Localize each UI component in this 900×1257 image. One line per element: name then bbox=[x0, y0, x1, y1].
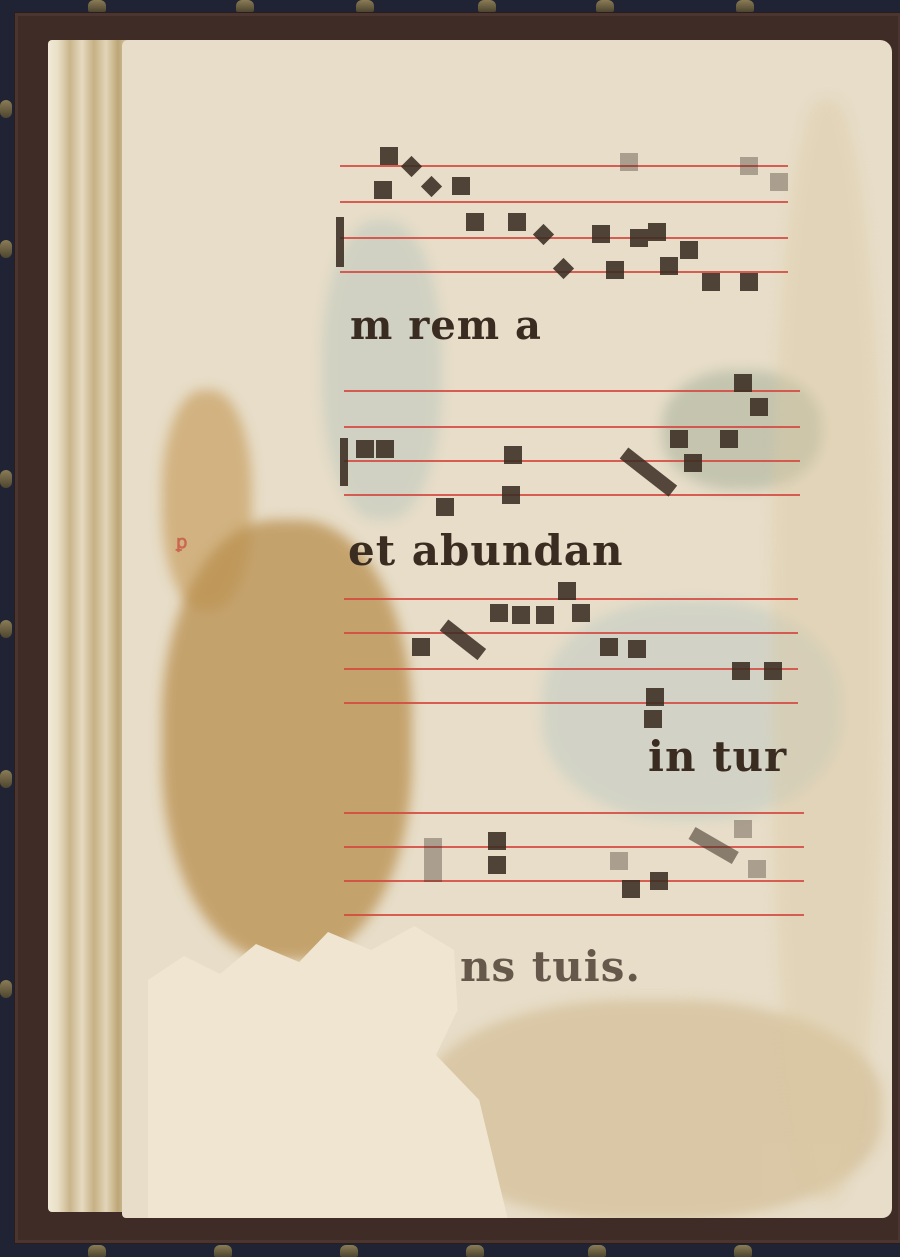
cradle-peg bbox=[214, 1245, 232, 1257]
note bbox=[622, 880, 640, 898]
note bbox=[553, 258, 574, 279]
cradle-peg bbox=[734, 1245, 752, 1257]
note bbox=[644, 710, 662, 728]
note bbox=[702, 273, 720, 291]
note bbox=[684, 454, 702, 472]
note bbox=[592, 225, 610, 243]
cradle-peg bbox=[0, 470, 12, 488]
note bbox=[650, 872, 668, 890]
note bbox=[436, 498, 454, 516]
staff-2 bbox=[344, 390, 800, 500]
note bbox=[748, 860, 766, 878]
note bbox=[452, 177, 470, 195]
note bbox=[734, 374, 752, 392]
clef bbox=[340, 438, 348, 486]
cradle-peg bbox=[0, 620, 12, 638]
cradle-peg bbox=[236, 0, 254, 12]
note bbox=[610, 852, 628, 870]
note bbox=[504, 446, 522, 464]
cradle-peg bbox=[0, 240, 12, 258]
note bbox=[376, 440, 394, 458]
ligature bbox=[440, 619, 486, 660]
note bbox=[740, 157, 758, 175]
ligature bbox=[620, 447, 677, 496]
cradle-peg bbox=[0, 100, 12, 118]
note bbox=[620, 153, 638, 171]
note bbox=[680, 241, 698, 259]
manuscript-page: ꝑ m rem a bbox=[122, 40, 892, 1218]
cradle-peg bbox=[478, 0, 496, 12]
margin-mark: ꝑ bbox=[176, 532, 187, 553]
note bbox=[536, 606, 554, 624]
note bbox=[606, 261, 624, 279]
cradle-peg bbox=[340, 1245, 358, 1257]
lyric-line-3: in tur bbox=[648, 732, 787, 781]
staff-1 bbox=[340, 165, 788, 275]
note bbox=[380, 147, 398, 165]
cradle-peg bbox=[356, 0, 374, 12]
note bbox=[646, 688, 664, 706]
staff-3 bbox=[344, 598, 798, 708]
note bbox=[648, 223, 666, 241]
note bbox=[401, 156, 422, 177]
note bbox=[508, 213, 526, 231]
cradle-peg bbox=[466, 1245, 484, 1257]
note bbox=[750, 398, 768, 416]
cradle-peg bbox=[596, 0, 614, 12]
note bbox=[732, 662, 750, 680]
note bbox=[670, 430, 688, 448]
note bbox=[490, 604, 508, 622]
cradle-peg bbox=[88, 0, 106, 12]
note bbox=[740, 273, 758, 291]
note bbox=[421, 176, 442, 197]
lyric-line-4: ns tuis. bbox=[460, 942, 641, 991]
staff-4 bbox=[344, 812, 804, 922]
cradle-peg bbox=[88, 1245, 106, 1257]
note bbox=[502, 486, 520, 504]
note bbox=[424, 838, 442, 882]
note bbox=[558, 582, 576, 600]
note bbox=[488, 856, 506, 874]
note bbox=[600, 638, 618, 656]
note bbox=[628, 640, 646, 658]
note bbox=[770, 173, 788, 191]
note bbox=[488, 832, 506, 850]
note bbox=[630, 229, 648, 247]
lyric-line-1: m rem a bbox=[350, 302, 542, 349]
cradle-peg bbox=[588, 1245, 606, 1257]
note bbox=[734, 820, 752, 838]
cradle-peg bbox=[0, 980, 12, 998]
note bbox=[764, 662, 782, 680]
cradle-peg bbox=[0, 770, 12, 788]
lyric-line-2: et abundan bbox=[348, 526, 624, 575]
note bbox=[412, 638, 430, 656]
note bbox=[660, 257, 678, 275]
cradle-peg bbox=[736, 0, 754, 12]
note bbox=[720, 430, 738, 448]
note bbox=[356, 440, 374, 458]
note bbox=[512, 606, 530, 624]
note bbox=[466, 213, 484, 231]
clef bbox=[336, 217, 344, 267]
note bbox=[572, 604, 590, 622]
note bbox=[533, 224, 554, 245]
note bbox=[374, 181, 392, 199]
